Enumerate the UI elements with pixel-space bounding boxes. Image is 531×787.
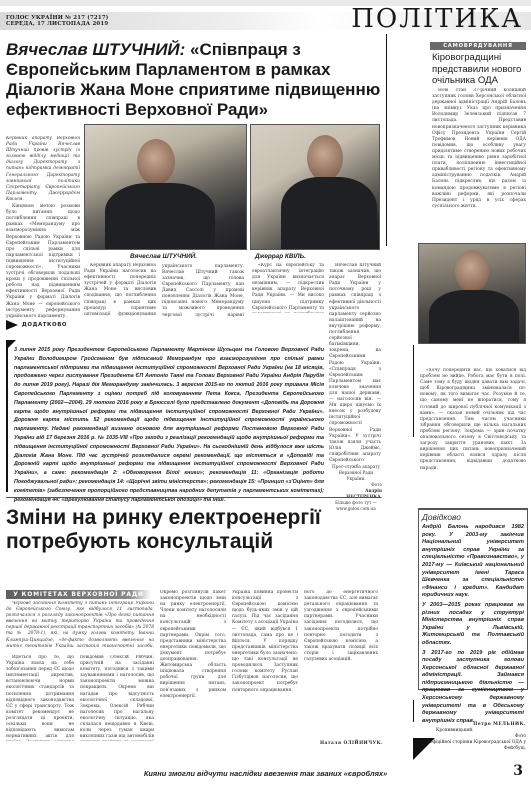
article2-col4: Україна повинна провести консультації з …	[232, 590, 298, 741]
headline-author: Вячеслав ШТУЧНИЙ:	[6, 40, 185, 59]
article1-col5-text: Вячеслав Штучний також зазначив, що апар…	[329, 263, 381, 463]
section-divider	[6, 497, 381, 498]
sidebar-headline[interactable]: Кіровоградщині представили нового очільн…	[432, 52, 528, 87]
dodatkovo-label: ДОДАТКОВО	[22, 322, 67, 328]
dovidkovo-p1: Андрій Балонь народився 1982 року. У 200…	[422, 524, 524, 600]
article1-col2-text: Керівник апарату Верховної Ради України …	[84, 263, 156, 317]
portrait-suit	[429, 290, 519, 344]
sidebar-body1: Нові стан 37-річний колишній заступник г…	[432, 88, 526, 243]
article2-headline[interactable]: Зміни на ринку електроенергії потребують…	[6, 506, 376, 554]
photo2-caption: Джеррар КВІЛЬ.	[255, 253, 306, 260]
sidebar-rule	[413, 345, 414, 437]
article2-lede: Чергове засідання Комітету з питань інте…	[6, 601, 154, 647]
sidebar-photo-source: з офіційної сторінки Кіровоградської ОДА…	[418, 740, 526, 752]
photographer: Андрія НЕСТЕРЕНКА.	[330, 488, 382, 500]
article2-col2: повідомив Олексій Рябчин, присутній на з…	[80, 655, 154, 741]
arrow-right-icon	[6, 320, 18, 330]
article1-col4-text: «Курс на європейську та євроатлантичну і…	[252, 263, 324, 313]
page-number: 3	[513, 763, 523, 779]
article2-col5: ного до енергетичного законодавства ЄС, …	[304, 590, 378, 741]
article2-col4-text: Україна повинна провести консультації з …	[232, 590, 298, 694]
article2-col5-text: ного до енергетичного законодавства ЄС, …	[304, 590, 378, 663]
article1-col4: «Курс на європейську та євроатлантичну і…	[252, 263, 324, 313]
portrait-head	[307, 135, 343, 181]
article1-col2: Керівник апарату Верховної Ради України …	[84, 263, 156, 317]
article2-col2-text: повідомив Олексій Рябчин, присутній на з…	[80, 655, 154, 741]
article1-signature: Прес-служба апарату Верховної Ради Украї…	[330, 464, 382, 512]
article2-author: Наталя ОЛІЙНИЧУК.	[320, 741, 383, 746]
corner-triangle-icon	[6, 340, 16, 350]
article2-col3: Окремо розглянули пакет законопроектів щ…	[160, 590, 226, 741]
photo-balon	[418, 243, 526, 344]
portrait-head	[137, 139, 175, 185]
article1-col3: Керівник апарату Верховної Ради України …	[162, 263, 244, 317]
dovidkovo-p3: З 2017-го по 2019 рік обіймав посаду зас…	[422, 650, 524, 726]
article2-lede-text: Чергове засідання Комітету з питань інте…	[6, 601, 154, 647]
dovidkovo-p2: У 2003—2015 роках працював на різних пос…	[422, 602, 524, 648]
sidebar-signature: Петро МЕЛЬНИК. Кропивницький. Фото з офі…	[418, 722, 526, 752]
page-footer: Кияни змогли відчути наслідки ввезення т…	[0, 766, 531, 780]
dovidkovo-box: Довідково Андрій Балонь народився 1982 р…	[418, 508, 528, 690]
article2-col3-text: Окремо розглянули пакет законопроектів щ…	[160, 590, 226, 700]
dodatkovo-text: 3 липня 2015 року Президентом Європейськ…	[14, 346, 324, 504]
sidebar-body1-text: Нові стан 37-річний колишній заступник г…	[432, 88, 526, 210]
article1-body-col1: Кінцевою метою розмови було питання щодо…	[6, 204, 80, 318]
article1-col5: Вячеслав Штучний також зазначив, що апар…	[329, 263, 381, 463]
article1-col3-text: Керівник апарату Верховної Ради України …	[162, 263, 244, 317]
sidebar-rule	[386, 34, 387, 246]
section-rubric: ПОЛІТИКА	[351, 6, 523, 32]
article2-col1: Йдеться про те, що Україна взяла на себе…	[6, 655, 74, 741]
portrait-suit	[105, 183, 215, 250]
article1-lead-column: Керівник апарату Верховної Ради України …	[6, 136, 80, 318]
portrait-head	[455, 250, 489, 292]
press-service: Прес-служба апарату Верховної Ради Украї…	[330, 464, 382, 482]
article1-headline[interactable]: Вячеслав ШТУЧНИЙ: «Співпраця з Європейсь…	[6, 40, 384, 120]
article1-lead: Керівник апарату Верховної Ради України …	[6, 136, 80, 203]
masthead-info: ГОЛОС УКРАЇНИ № 217 (7217) СЕРЕДА, 17 ЛИ…	[6, 15, 109, 28]
photo1-caption: Вячеслав ШТУЧНИЙ.	[130, 253, 197, 260]
dodatkovo-box: 3 липня 2015 року Президентом Європейськ…	[6, 346, 324, 492]
date-line: СЕРЕДА, 17 ЛИСТОПАДА 2019	[6, 21, 109, 27]
article2-section-label: У КОМІТЕТАХ ВЕРХОВНОЇ РАДИ	[6, 590, 151, 599]
dovidkovo-title: Довідково	[422, 512, 524, 522]
article2-col1-text: Йдеться про те, що Україна взяла на себе…	[6, 655, 74, 741]
portrait-suit	[281, 177, 377, 250]
photo-shtuchnyi	[84, 124, 247, 250]
dodatkovo-marker: ДОДАТКОВО	[6, 320, 67, 330]
sidebar-section-label: САМОВРЯДУВАННЯ	[430, 42, 526, 50]
footer-teaser[interactable]: Кияни змогли відчути наслідки ввезення т…	[0, 769, 531, 778]
sidebar-rule	[413, 700, 414, 722]
sidebar-body2-text: «Хочу попередити вас, що ховатися від пр…	[420, 368, 526, 472]
sidebar-body2: «Хочу попередити вас, що ховатися від пр…	[420, 368, 526, 504]
photo-kvil	[250, 124, 380, 250]
